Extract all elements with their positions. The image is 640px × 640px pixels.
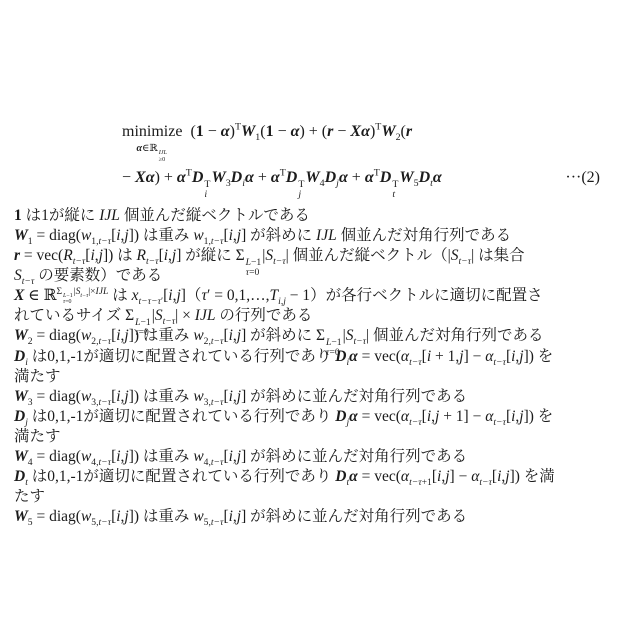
text-line-16: W5 = diag(w5,t−τ[i,j]) は重み w5,t−τ[i,j] が…: [14, 507, 626, 527]
text-line-14: Dt は0,1,-1が適切に配置されている行列であり Dtα = vec(αt−…: [14, 467, 626, 487]
equation-number: ···(2): [565, 168, 600, 188]
minimize-operator: minimize: [122, 122, 182, 142]
text-line-6: れているサイズ ΣL−1τ=0|St−τ| × IJL の行列である: [14, 306, 626, 326]
text-line-7: W2 = diag(w2,t−τ[i,j]) は重み w2,t−τ[i,j] が…: [14, 326, 626, 346]
equation-operator-group: minimize α∈ℝIJL≥0: [122, 122, 182, 163]
text-line-4: St−τ の要素数）である: [14, 266, 626, 286]
text-line-9: 満たす: [14, 367, 626, 387]
document: minimize α∈ℝIJL≥0 (1 − α)TW1(1 − α) + (r…: [14, 122, 626, 527]
text-line-1: 1 は1が縦に IJL 個並んだ縦ベクトルである: [14, 206, 626, 226]
equation-constraint: α∈ℝIJL≥0: [122, 142, 182, 163]
text-line-13: W4 = diag(w4,t−τ[i,j]) は重み w4,t−τ[i,j] が…: [14, 447, 626, 467]
equation-expression-2: − Xα) + αTDTiW3Diα + αTDTjW4Djα + αTDTtW…: [122, 168, 442, 201]
equation-line-2: − Xα) + αTDTiW3Diα + αTDTjW4Djα + αTDTtW…: [122, 168, 600, 201]
text-line-12: 満たす: [14, 427, 626, 447]
text-line-15: たす: [14, 487, 626, 507]
equation-line-1: minimize α∈ℝIJL≥0 (1 − α)TW1(1 − α) + (r…: [122, 122, 600, 163]
equation-block: minimize α∈ℝIJL≥0 (1 − α)TW1(1 − α) + (r…: [122, 122, 600, 201]
text-line-11: Dj は0,1,-1が適切に配置されている行列であり Djα = vec(αt−…: [14, 407, 626, 427]
text-line-10: W3 = diag(w3,t−τ[i,j]) は重み w3,t−τ[i,j] が…: [14, 387, 626, 407]
text-line-2: W1 = diag(w1,t−τ[i,j]) は重み w1,t−τ[i,j] が…: [14, 226, 626, 246]
equation-expression-1: (1 − α)TW1(1 − α) + (r − Xα)TW2(r: [190, 122, 412, 142]
body-text: 1 は1が縦に IJL 個並んだ縦ベクトルである W1 = diag(w1,t−…: [14, 206, 626, 528]
text-line-3: r = vec(Rt−τ[i,j]) は Rt−τ[i,j] が縦に ΣL−1τ…: [14, 246, 626, 266]
text-line-8: Di は0,1,-1が適切に配置されている行列であり Diα = vec(αt−…: [14, 347, 626, 367]
text-line-5: X ∈ ℝΣL−1τ=0|St−τ|×IJL は xt−τ−τ′[i,j]（τ′…: [14, 286, 626, 306]
